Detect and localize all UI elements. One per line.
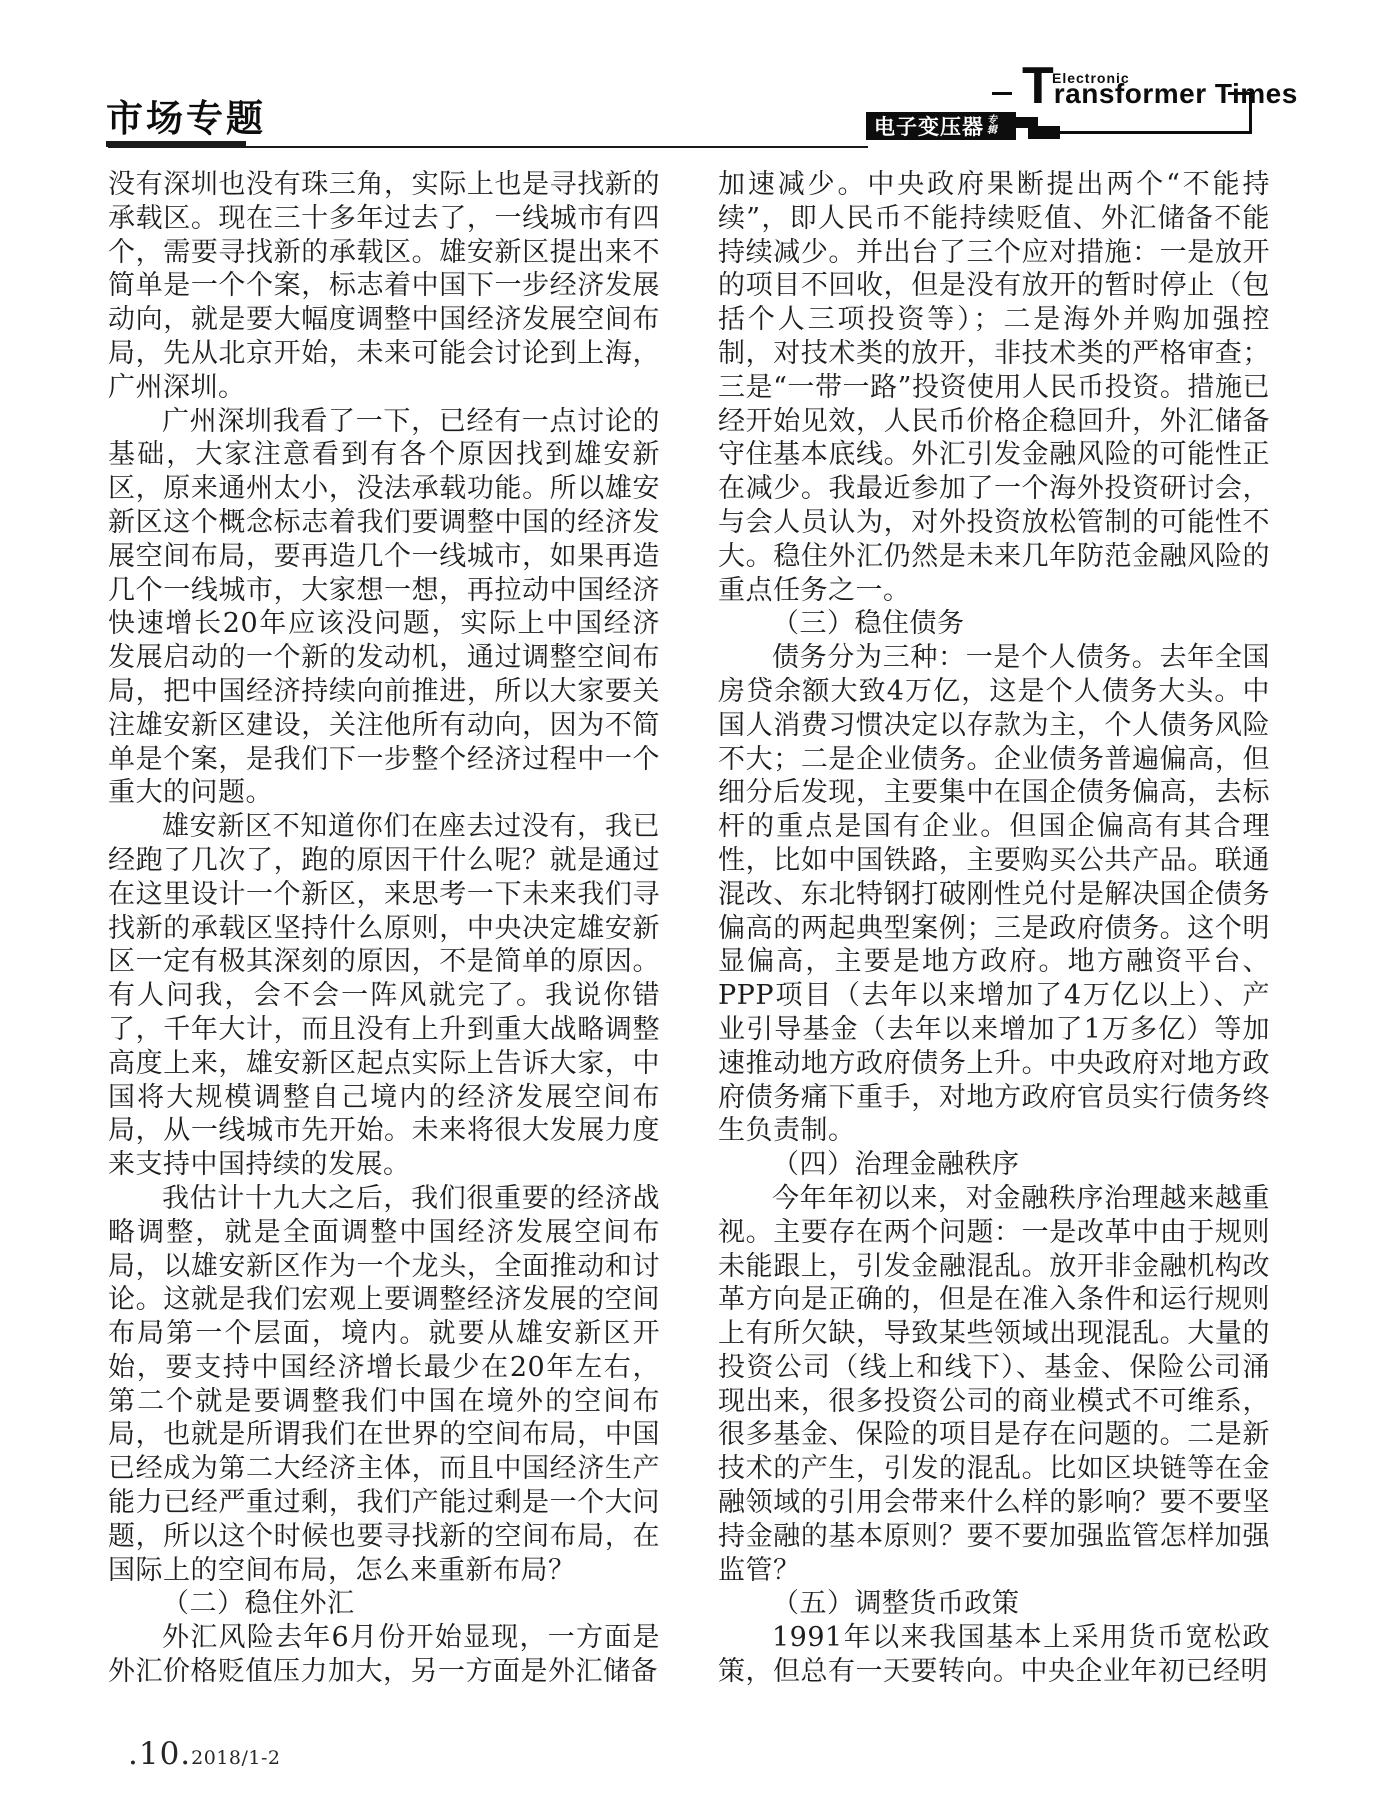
section-heading-stabilize-debt: （三）稳住债务 — [718, 607, 1270, 641]
paragraph: 我估计十九大之后，我们很重要的经济战略调整，就是全面调整中国经济发展空间布局，以… — [108, 1182, 660, 1588]
section-title: 市场专题 — [106, 88, 266, 142]
logo-rest-text: ransformer Times — [1054, 78, 1298, 109]
logo-initial-letter: T — [1022, 57, 1054, 115]
header-rule-thick — [106, 141, 246, 147]
paragraph: 加速减少。中央政府果断提出两个“不能持续”，即人民币不能持续贬值、外汇储备不能持… — [718, 168, 1270, 607]
section-heading-financial-order: （四）治理金融秩序 — [718, 1148, 1270, 1182]
section-heading-stabilize-forex: （二）稳住外汇 — [108, 1587, 660, 1621]
paragraph: 1991年以来我国基本上采用货币宽松政策，但总有一天要转向。中央企业年初已经明 — [718, 1621, 1270, 1689]
logo-main-text: Transformer Times — [1022, 60, 1298, 112]
article-column-right: 加速减少。中央政府果断提出两个“不能持续”，即人民币不能持续贬值、外汇储备不能持… — [718, 168, 1270, 1689]
magazine-page: 市场专题 Electronic Transformer Times 电子变压器 … — [0, 0, 1380, 1820]
paragraph: 雄安新区不知道你们在座去过没有，我已经跑了几次了，跑的原因干什么呢？就是通过在这… — [108, 810, 660, 1182]
logo-box-text: 电子变压器 — [874, 111, 984, 141]
paragraph: 外汇风险去年6月份开始显现，一方面是外汇价格贬值压力加大，另一方面是外汇储备 — [108, 1621, 660, 1689]
logo-bottom-line — [1060, 131, 1252, 134]
issue-label: 2018/1-2 — [191, 1747, 280, 1769]
page-footer: .10.2018/1-2 — [128, 1736, 281, 1772]
page-number: .10. — [128, 1736, 191, 1772]
paragraph: 债务分为三种：一是个人债务。去年全国房贷余额大致4万亿，这是个人债务大头。中国人… — [718, 641, 1270, 1148]
article-column-left: 没有深圳也没有珠三角，实际上也是寻找新的承载区。现在三十多年过去了，一线城市有四… — [108, 168, 660, 1689]
logo-vertical-line — [1249, 92, 1252, 134]
logo-step-shape-2 — [1028, 126, 1060, 139]
logo-suffix-char-2: 辑 — [987, 126, 997, 136]
paragraph: 没有深圳也没有珠三角，实际上也是寻找新的承载区。现在三十多年过去了，一线城市有四… — [108, 168, 660, 405]
paragraph: 今年年初以来，对金融秩序治理越来越重视。主要存在两个问题：一是改革中由于规则未能… — [718, 1182, 1270, 1588]
logo-black-box: 电子变压器 专 辑 — [866, 112, 1016, 140]
logo-box-suffix: 专 辑 — [987, 116, 997, 136]
logo-dash-left-line — [992, 92, 1012, 95]
section-heading-monetary-policy: （五）调整货币政策 — [718, 1587, 1270, 1621]
paragraph: 广州深圳我看了一下，已经有一点讨论的基础，大家注意看到有各个原因找到雄安新区，原… — [108, 405, 660, 811]
